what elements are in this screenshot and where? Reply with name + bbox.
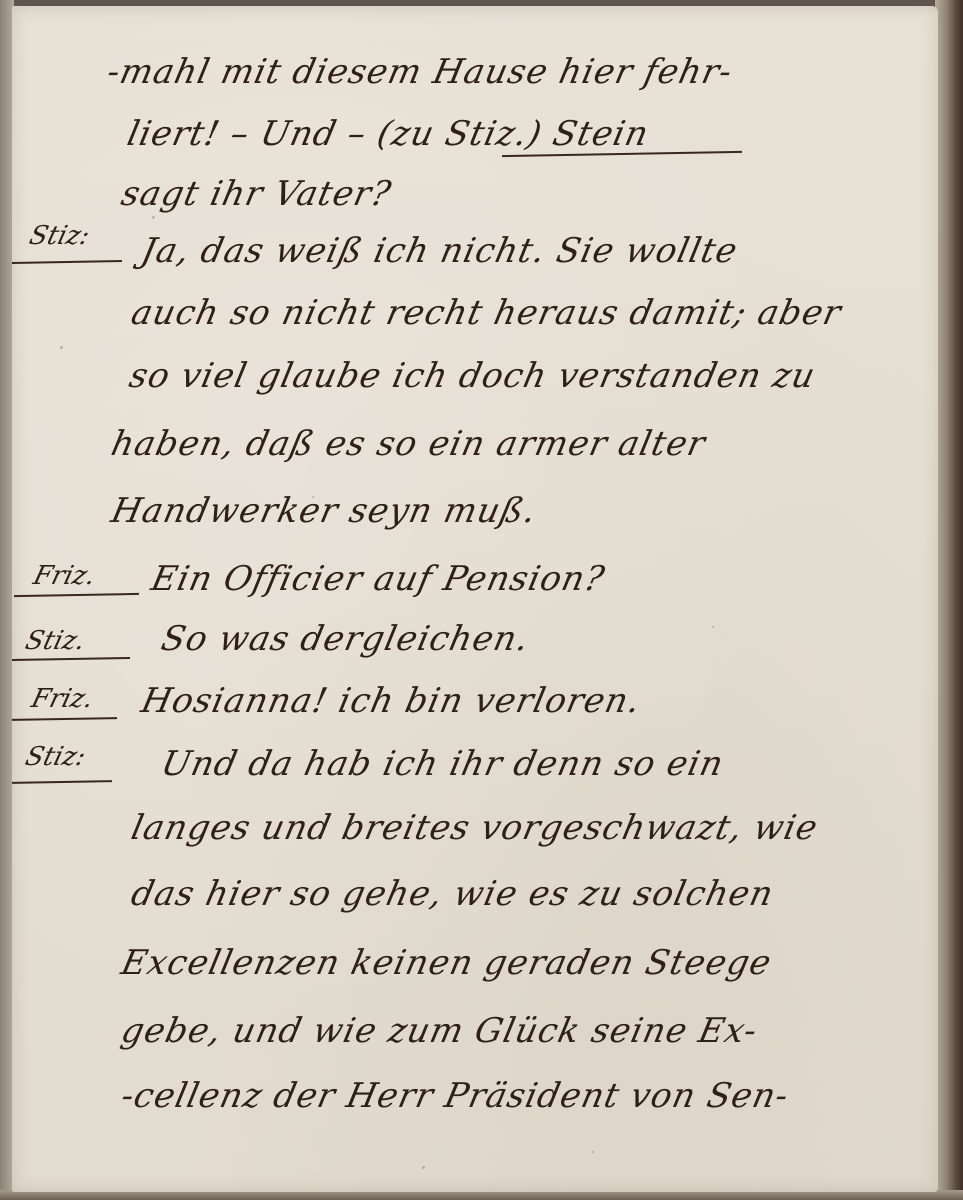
paper-speck: [152, 216, 155, 219]
page-edge-right: [935, 0, 963, 1200]
text-line: auch so nicht recht heraus damit; aber: [128, 293, 845, 333]
manuscript-scan: Stiz: Friz. Stiz. Friz. Stiz: -mahl mit …: [0, 0, 963, 1200]
paper-speck: [592, 1151, 594, 1153]
text-line: -cellenz der Herr Präsident von Sen-: [118, 1076, 793, 1116]
paper-speck: [60, 346, 63, 349]
text-line: Und da hab ich ihr denn so ein: [158, 744, 728, 784]
speaker-label: Stiz.: [22, 626, 88, 656]
text-line: das hier so gehe, wie es zu solchen: [128, 874, 778, 914]
text-line: liert! – Und – (zu Stiz.) Stein: [124, 114, 653, 154]
speaker-underline: [12, 657, 130, 661]
text-line: Ein Officier auf Pension?: [148, 559, 609, 599]
paper-speck: [422, 1166, 425, 1169]
speaker-underline: [12, 780, 112, 783]
paper-speck: [712, 626, 714, 628]
speaker-label: Friz.: [30, 561, 98, 591]
speaker-label: Stiz:: [22, 742, 89, 772]
speaker-underline: [12, 260, 122, 263]
text-line: sagt ihr Vater?: [118, 174, 395, 214]
text-line: So was dergleichen.: [158, 619, 533, 659]
text-line: Handwerker seyn muß.: [108, 491, 540, 531]
speaker-underline: [14, 593, 139, 597]
text-line: so viel glaube ich doch verstanden zu: [126, 356, 819, 396]
text-line: haben, daß es so ein armer alter: [108, 424, 710, 464]
text-line: Ja, das weiß ich nicht. Sie wollte: [138, 231, 742, 271]
text-line: Excellenzen keinen geraden Steege: [118, 943, 776, 983]
text-line-content: liert! – Und – (zu Stiz.) Stein: [124, 114, 653, 154]
speaker-label: Stiz:: [26, 221, 93, 251]
text-line: langes und breites vorgeschwazt, wie: [128, 808, 822, 848]
speaker-underline: [12, 717, 117, 720]
speaker-label: Friz.: [28, 684, 96, 714]
text-line: gebe, und wie zum Glück seine Ex-: [118, 1011, 762, 1051]
text-line: -mahl mit diesem Hause hier fehr-: [104, 52, 737, 92]
manuscript-page: Stiz: Friz. Stiz. Friz. Stiz: -mahl mit …: [12, 6, 938, 1192]
text-line: Hosianna! ich bin verloren.: [138, 681, 645, 721]
